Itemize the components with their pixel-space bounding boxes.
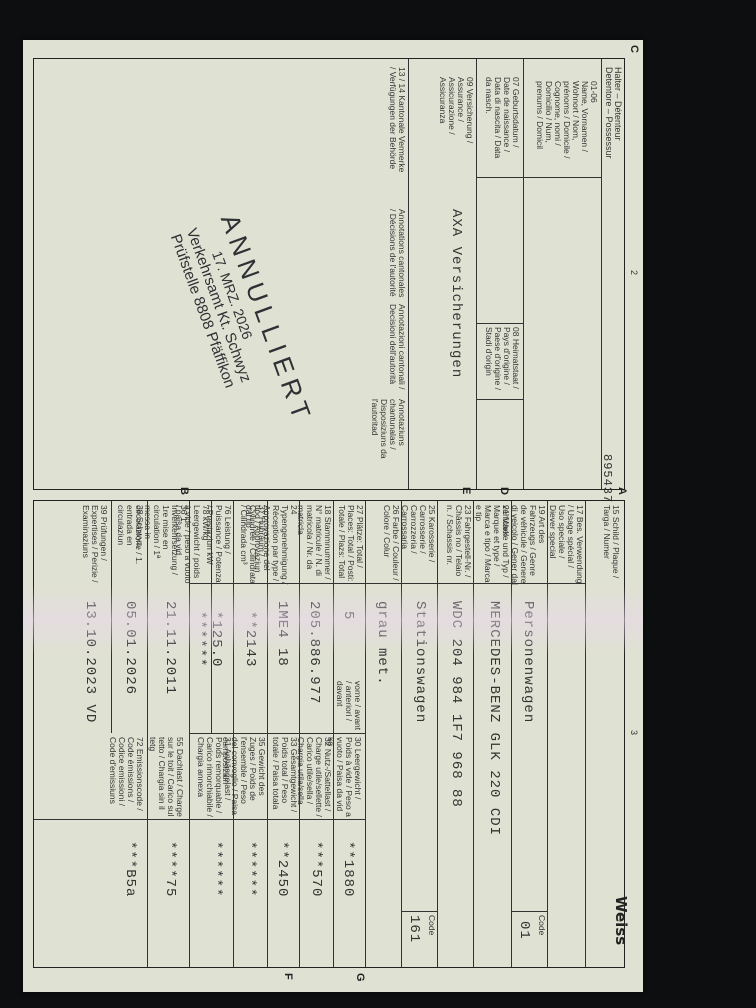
front-seats-label: vorne / avant / anteriori / davant	[335, 681, 362, 731]
page-number-left: 2	[629, 270, 639, 275]
power-weight-value: ******	[192, 611, 208, 667]
section-d-letter: D	[498, 487, 510, 495]
section-b-letter: B	[178, 487, 190, 495]
annotations-fr: Annotations cantonales / Décisions de l'…	[388, 209, 406, 299]
roof-load-label: 55 Dachlast / Charge sur le toit / Caric…	[148, 737, 184, 817]
body-code-label: Code	[427, 915, 436, 935]
birthdate-label: 07 Geburtsdatum / Date de naissance / Da…	[484, 77, 520, 167]
page-number-right: 3	[629, 730, 639, 735]
matricule-label: 18 Stammnummer / N° matricule / N. di ma…	[296, 505, 332, 585]
vehicle-type-value: Personenwagen	[520, 601, 536, 723]
make-model-label: 21 Marke und Typ / Marque et type / Marc…	[474, 505, 510, 585]
chassis-label: 23 Fahrgestell-Nr. / Châssis no / Telaio…	[445, 505, 472, 585]
gross-weight-label: 33 Gesamtgewicht / Poids total / Peso to…	[271, 737, 298, 817]
emission-code-label: 72 Emissionscode / Code émissions / Codi…	[108, 737, 144, 817]
cantonal-notes-label: 13 / 14 Kantonale Vermerke / Verfügungen…	[388, 67, 406, 177]
issue-date-value: 05.01.2026	[122, 601, 138, 695]
vehicle-type-code-label: Code	[537, 915, 546, 935]
color-value: grau met.	[374, 601, 390, 686]
payload-value: ***570	[308, 841, 324, 897]
color-label: 26 Farbe / Couleur / Colore / Colur	[382, 505, 400, 585]
payload-label: 32 Nutz-/Sattellast / Charge utile/selle…	[296, 737, 332, 817]
train-weight-value: ******	[242, 841, 258, 897]
make-model-value: MERCEDES-BENZ GLK 220 CDI	[486, 601, 502, 836]
empty-weight-value: **1880	[340, 841, 356, 897]
insurance-value: AXA Versicherungen	[448, 209, 464, 378]
body-label: 25 Karosserie / Carrosserie / Carrozzeri…	[400, 505, 436, 585]
section-g-letter: G	[354, 973, 366, 982]
name-field-label: 01-06 Name, Vornamen / Wohnort / Nom, pr…	[535, 81, 598, 171]
type-approval-value: 1ME4 18	[274, 601, 290, 667]
towing-load-value: ******	[208, 841, 224, 897]
seats-value: 5	[340, 611, 356, 620]
annotations-rm: Annotaziuns chantunalas / Disposiziuns d…	[370, 399, 406, 489]
annotations-it: Annotazioni cantonali / Decisioni dell'a…	[388, 304, 406, 394]
holder-page: C Halter – Détenteur Detentore – Possess…	[33, 58, 625, 490]
inspections-label: 39 Prüfungen / Expertises / Perizie / Ex…	[81, 505, 108, 585]
inspections-value: 13.10.2023 VD	[82, 601, 98, 723]
registration-card: 2 3 C Halter – Détenteur Detentore – Pos…	[23, 40, 643, 992]
displacement-value: **2143	[242, 611, 258, 667]
weiss-logo: Weiss	[612, 896, 630, 945]
towing-load-label: 31 Anhängelast / Poids remorquable / Car…	[196, 737, 232, 817]
section-a-letter: A	[616, 487, 628, 495]
plate-label: 15 Schild / Plaque / Targa / Numer	[602, 505, 620, 585]
emission-code-value: ***B5a	[122, 841, 138, 897]
first-registration-label: 36 1. Inverkehrsetzung / 1re mise en cir…	[116, 505, 188, 585]
chassis-value: WDC 204 984 1F7 968 88	[448, 601, 464, 808]
body-value: Stationswagen	[412, 601, 428, 723]
origin-label: 08 Heimatstaat / Pays d'origine / Paese …	[484, 327, 520, 407]
holder-header-2: Detentore – Possessur	[604, 67, 613, 159]
seats-label: 27 Plätze: Total / Places: Total / Posti…	[337, 505, 364, 585]
holder-header-1: Halter – Détenteur	[613, 67, 622, 141]
roof-load-value: ****75	[162, 841, 178, 897]
insurance-label: 09 Versicherung / Assurance / Assicurazi…	[438, 77, 474, 167]
displacement-label: 37 Hubraum / Cylindrée / Cilindrata / Ci…	[239, 505, 266, 585]
special-use-label: 17 Bes. Verwendung / Usage spécial / Uso…	[548, 505, 584, 585]
gross-weight-value: **2450	[274, 841, 290, 897]
first-registration-value: 21.11.2011	[162, 601, 178, 695]
vehicle-page: A Weiss 15 Schild / Plaque / Targa / Num…	[33, 500, 625, 968]
vehicle-type-code: 01	[516, 921, 532, 940]
section-c-letter: C	[628, 45, 640, 53]
body-code: 161	[406, 915, 422, 943]
section-f-letter: F	[282, 973, 294, 980]
serial-number: 895437	[600, 454, 614, 503]
issue-place-label: 38 Schwyz,	[135, 505, 144, 585]
matricule-value: 205.886.977	[306, 601, 322, 704]
section-e-letter: E	[460, 487, 472, 494]
